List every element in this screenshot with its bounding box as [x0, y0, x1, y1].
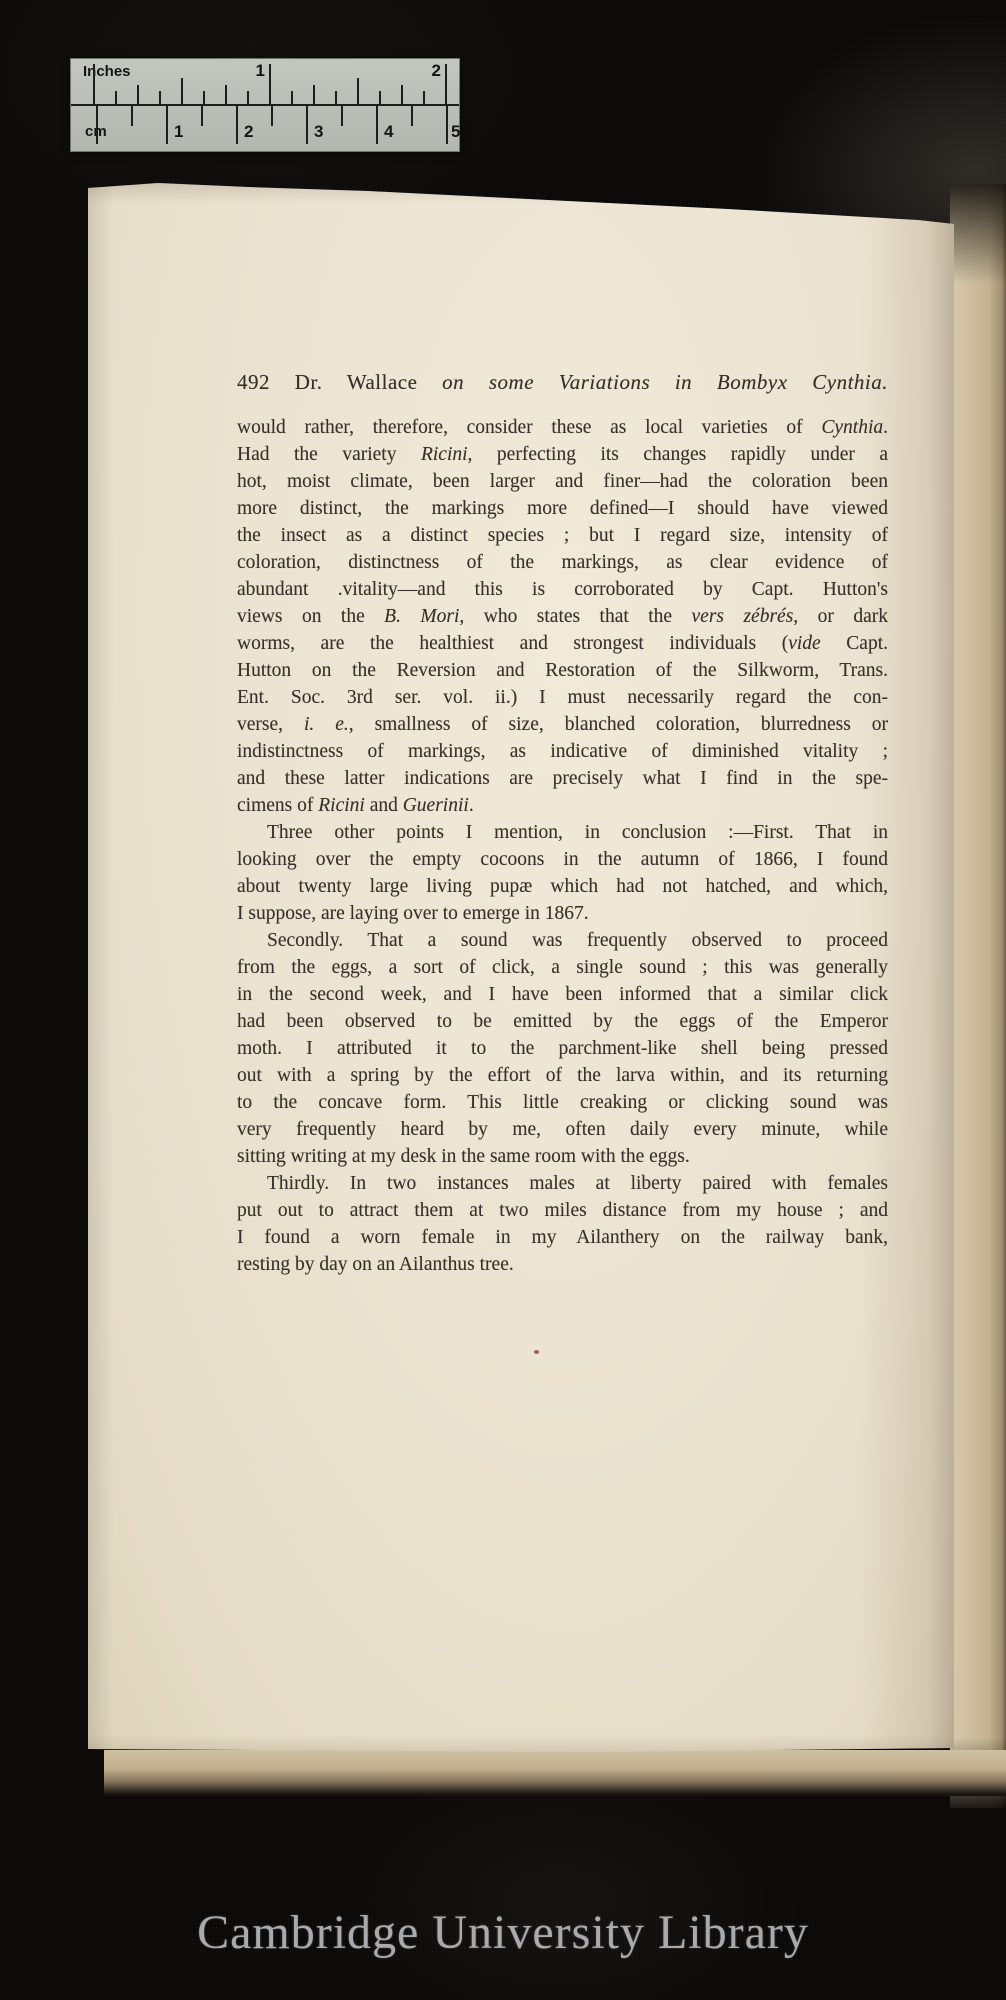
text-line: the insect as a distinct species ; but I…	[237, 522, 888, 549]
text-line: I suppose, are laying over to emerge in …	[237, 900, 888, 927]
text-line: sitting writing at my desk in the same r…	[237, 1143, 888, 1170]
text-line: more distinct, the markings more defined…	[237, 495, 888, 522]
text-line: indistinctness of markings, as indicativ…	[237, 738, 888, 765]
ruler-inches-label: Inches	[83, 63, 131, 80]
page-body-text: would rather, therefore, consider these …	[237, 414, 888, 1278]
text-line: Secondly. That a sound was frequently ob…	[237, 927, 888, 954]
text-line: to the concave form. This little creakin…	[237, 1089, 888, 1116]
paper-speck	[534, 1350, 539, 1354]
ruler-separator-line	[71, 104, 459, 106]
text-line: cimens of Ricini and Guerinii.	[237, 792, 888, 819]
ruler-cm-number: 3	[314, 122, 323, 142]
text-line: Three other points I mention, in conclus…	[237, 819, 888, 846]
scanned-book-photo: Inches 1 2 cm 1 2 3 4 5 492 Dr. Wallace …	[0, 0, 1006, 2000]
scanned-page: 492 Dr. Wallace on some Variations in Bo…	[88, 178, 954, 1754]
text-line: hot, moist climate, been larger and fine…	[237, 468, 888, 495]
text-line: in the second week, and I have been info…	[237, 981, 888, 1008]
text-line: would rather, therefore, consider these …	[237, 414, 888, 441]
text-line: I found a worn female in my Ailanthery o…	[237, 1224, 888, 1251]
ruler-inch-number: 2	[417, 61, 441, 81]
text-line: moth. I attributed it to the parchment-l…	[237, 1035, 888, 1062]
text-line: Thirdly. In two instances males at liber…	[237, 1170, 888, 1197]
measurement-ruler: Inches 1 2 cm 1 2 3 4 5	[70, 58, 460, 152]
page-number: 492	[237, 370, 270, 394]
text-line: looking over the empty cocoons in the au…	[237, 846, 888, 873]
text-line: and these latter indications are precise…	[237, 765, 888, 792]
text-line: Had the variety Ricini, perfecting its c…	[237, 441, 888, 468]
text-line: very frequently heard by me, often daily…	[237, 1116, 888, 1143]
ruler-inch-number: 1	[241, 61, 265, 81]
book-fore-edge-pages	[950, 184, 1006, 1808]
text-line: Ent. Soc. 3rd ser. vol. ii.) I must nece…	[237, 684, 888, 711]
text-line: worms, are the healthiest and strongest …	[237, 630, 888, 657]
text-line: verse, i. e., smallness of size, blanche…	[237, 711, 888, 738]
page-running-head: 492 Dr. Wallace on some Variations in Bo…	[237, 370, 888, 395]
ruler-cm-number: 5	[451, 122, 460, 142]
text-line: about twenty large living pupæ which had…	[237, 873, 888, 900]
text-line: views on the B. Mori, who states that th…	[237, 603, 888, 630]
text-line: abundant .vitality—and this is corrobora…	[237, 576, 888, 603]
text-line: out with a spring by the effort of the l…	[237, 1062, 888, 1089]
library-watermark: Cambridge University Library	[0, 1905, 1006, 1960]
page-stack-bottom-edge	[104, 1750, 1006, 1796]
text-line: resting by day on an Ailanthus tree.	[237, 1251, 888, 1278]
ruler-cm-number: 4	[384, 122, 393, 142]
ruler-cm-number: 2	[244, 122, 253, 142]
text-line: from the eggs, a sort of click, a single…	[237, 954, 888, 981]
text-line: Hutton on the Reversion and Restoration …	[237, 657, 888, 684]
text-line: coloration, distinctness of the markings…	[237, 549, 888, 576]
ruler-cm-number: 1	[174, 122, 183, 142]
article-title: on some Variations in Bombyx Cynthia.	[442, 370, 888, 394]
text-line: put out to attract them at two miles dis…	[237, 1197, 888, 1224]
text-line: had been observed to be emitted by the e…	[237, 1008, 888, 1035]
author-name: Dr. Wallace	[295, 370, 418, 394]
